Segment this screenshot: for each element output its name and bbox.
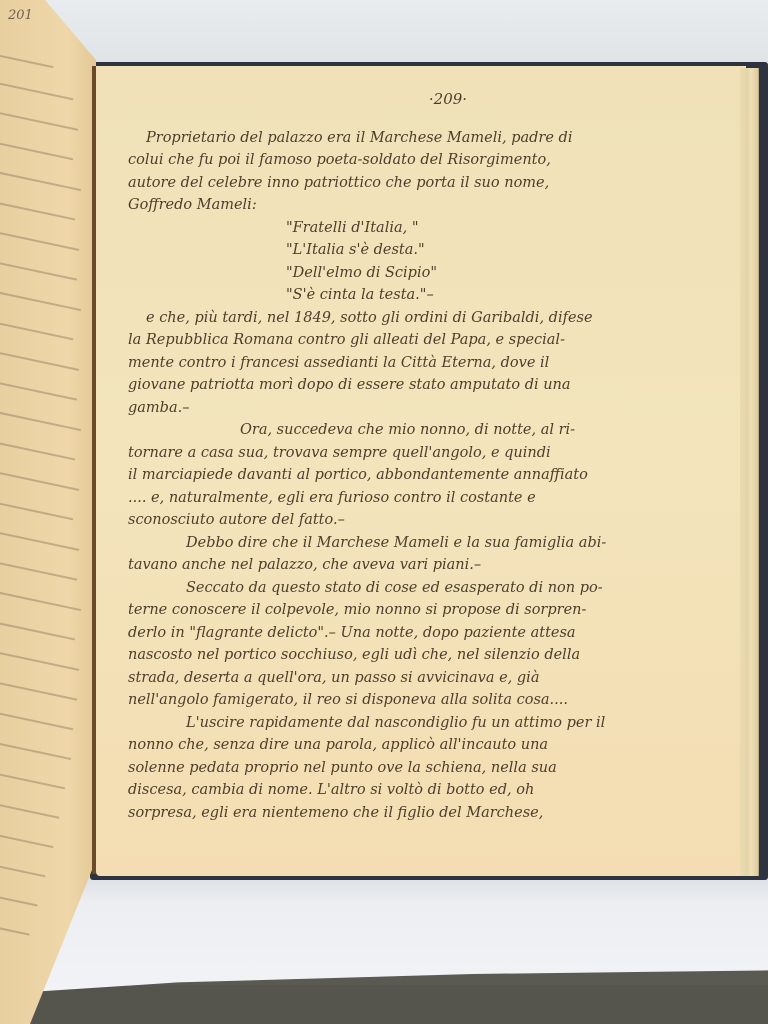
text-line: nell'angolo famigerato, il reo si dispon…: [128, 689, 728, 712]
verse-line: "Dell'elmo di Scipio": [128, 262, 728, 285]
verse-line: "S'è cinta la testa."–: [128, 284, 728, 307]
text-line: Proprietario del palazzo era il Marchese…: [128, 127, 728, 150]
text-line: Seccato da questo stato di cose ed esasp…: [128, 577, 728, 600]
background-wall: [0, 0, 768, 70]
text-line: mente contro i francesi assedianti la Ci…: [128, 352, 728, 375]
text-line: tavano anche nel palazzo, che aveva vari…: [128, 554, 728, 577]
left-page-number: 201: [8, 8, 33, 23]
text-line: Goffredo Mameli:: [128, 194, 728, 217]
text-line: nonno che, senza dire una parola, applic…: [128, 734, 728, 757]
text-line: gamba.–: [128, 397, 728, 420]
text-line: sconosciuto autore del fatto.–: [128, 509, 728, 532]
text-line: tornare a casa sua, trovava sempre quell…: [128, 442, 728, 465]
page-number: ·209·: [128, 88, 728, 111]
verse-line: "Fratelli d'Italia, ": [128, 217, 728, 240]
text-line: L'uscire rapidamente dal nascondiglio fu…: [128, 712, 728, 735]
text-line: la Repubblica Romana contro gli alleati …: [128, 329, 728, 352]
text-line: giovane patriotta morì dopo di essere st…: [128, 374, 728, 397]
text-line: sorpresa, egli era nientemeno che il fig…: [128, 802, 728, 825]
text-line: .... e, naturalmente, egli era furioso c…: [128, 487, 728, 510]
text-line: il marciapiede davanti al portico, abbon…: [128, 464, 728, 487]
text-line: e che, più tardi, nel 1849, sotto gli or…: [128, 307, 728, 330]
text-line: Ora, succedeva che mio nonno, di notte, …: [128, 419, 728, 442]
white-backing-sheet: [30, 872, 768, 992]
text-line: discesa, cambia di nome. L'altro si volt…: [128, 779, 728, 802]
verse-line: "L'Italia s'è desta.": [128, 239, 728, 262]
text-line: nascosto nel portico socchiuso, egli udì…: [128, 644, 728, 667]
text-line: strada, deserta a quell'ora, un passo si…: [128, 667, 728, 690]
text-line: terne conoscere il colpevole, mio nonno …: [128, 599, 728, 622]
text-line: colui che fu poi il famoso poeta-soldato…: [128, 149, 728, 172]
manuscript-text: ·209· Proprietario del palazzo era il Ma…: [128, 88, 728, 824]
text-line: Debbo dire che il Marchese Mameli e la s…: [128, 532, 728, 555]
text-line: solenne pedata proprio nel punto ove la …: [128, 757, 728, 780]
text-line: autore del celebre inno patriottico che …: [128, 172, 728, 195]
left-page: 201: [0, 0, 96, 1024]
text-line: derlo in "flagrante delicto".– Una notte…: [128, 622, 728, 645]
page-stack-edge: [740, 68, 759, 876]
table-surface: [0, 985, 768, 1024]
